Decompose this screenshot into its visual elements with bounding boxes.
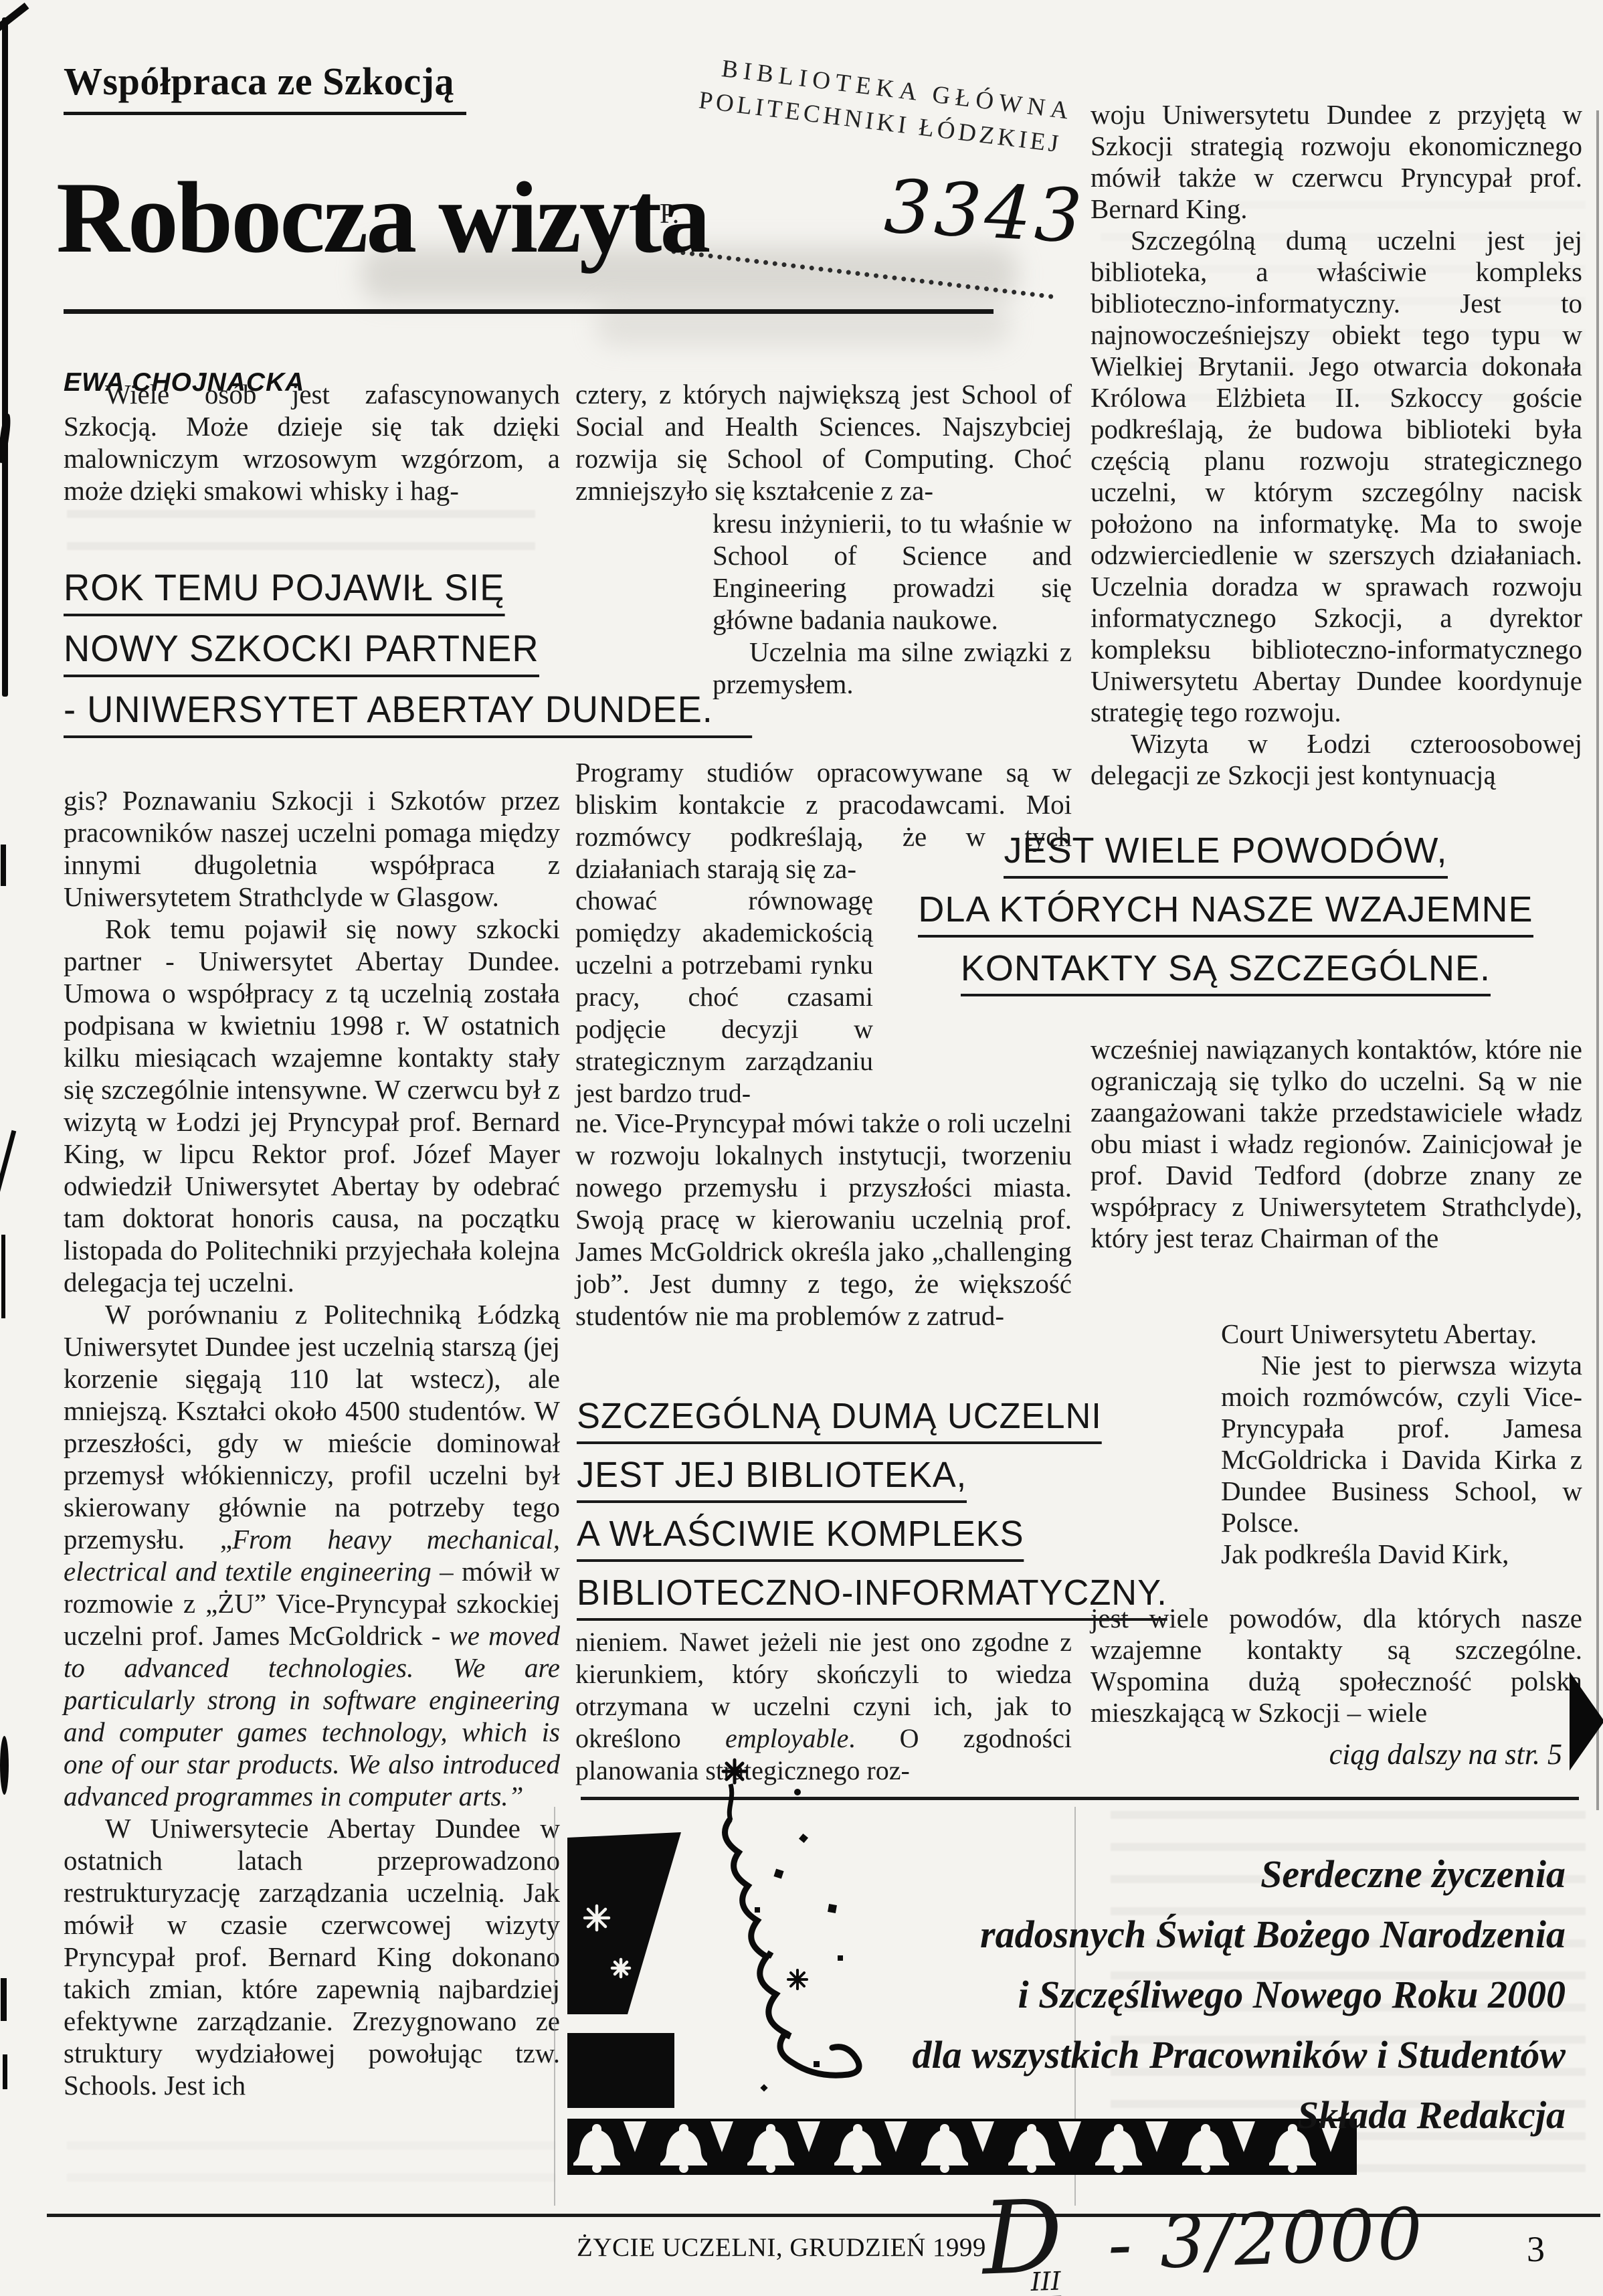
pull-quote-line: DLA KTÓRYCH NASZE WZAJEMNE: [918, 889, 1533, 938]
paragraph: kresu inżynierii, to tu właśnie w School…: [713, 507, 1072, 636]
tree-slab-shape: [567, 1832, 681, 2014]
bleed-through-texture: [67, 2141, 555, 2202]
paragraph: W Uniwersytecie Abertay Dundee w ostatni…: [64, 1812, 560, 2101]
article-kicker: Współpraca ze Szkocją: [64, 59, 466, 115]
right-column-block: wcześniej nawiązanych kontaktów, które n…: [1091, 1034, 1582, 1254]
handwritten-accession-number: 3343: [882, 163, 1087, 260]
pull-quote-line: BIBLIOTECZNO-INFORMATYCZNY.: [577, 1572, 1167, 1621]
handwritten-catalogue-mark: DIII- 3/2000: [980, 2166, 1426, 2296]
handwritten-subscript: III: [1030, 2266, 1062, 2296]
pull-quote-line: - UNIWERSYTET ABERTAY DUNDEE.: [64, 687, 752, 738]
scan-edge-artifact: [2, 17, 8, 697]
pull-quote-new-partner: ROK TEMU POJAWIŁ SIĘ NOWY SZKOCKI PARTNE…: [64, 565, 773, 748]
pull-quote-contacts: JEST WIELE POWODÓW, DLA KTÓRYCH NASZE WZ…: [858, 830, 1594, 1006]
paragraph: Wiele osób jest zafascynowanych Szkocją.…: [64, 378, 560, 507]
paragraph: woju Uniwersytetu Dundee z przyjętą w Sz…: [1091, 99, 1582, 225]
paragraph: W porównaniu z Politechniką Łódzką Uniwe…: [64, 1298, 560, 1812]
paragraph: wcześniej nawiązanych kontaktów, które n…: [1091, 1034, 1582, 1254]
pull-quote-line: ROK TEMU POJAWIŁ SIĘ: [64, 565, 504, 616]
paragraph: Wizyta w Łodzi czteroosobowej delegacji …: [1091, 728, 1582, 791]
paragraph: Nie jest to pierwsza wizyta moich rozmów…: [1221, 1350, 1582, 1538]
continuation-arrow-icon: [1570, 1672, 1603, 1771]
wishes-line: Serdeczne życzenia: [706, 1844, 1566, 1905]
paragraph: ne. Vice-Pryncypał mówi także o roli ucz…: [575, 1107, 1072, 1332]
right-column-wrapped: Court Uniwersytetu Abertay. Nie jest to …: [1221, 1318, 1582, 1570]
scan-edge-artifact: [1, 845, 6, 886]
left-column-top: Wiele osób jest zafascynowanych Szkocją.…: [64, 378, 560, 507]
scan-edge-artifact: [0, 1130, 16, 1194]
pull-quote-line: SZCZEGÓLNĄ DUMĄ UCZELNI: [577, 1395, 1102, 1444]
wishes-line: dla wszystkich Pracowników i Studentów: [706, 2025, 1566, 2085]
middle-column-top: cztery, z których największą jest School…: [575, 378, 1072, 507]
tree-slab-base: [567, 2033, 674, 2108]
pull-quote-line: JEST JEJ BIBLIOTEKA,: [577, 1454, 967, 1503]
paragraph: Rok temu pojawił się nowy szkocki partne…: [64, 913, 560, 1298]
paragraph: Uczelnia ma silne związki z przemysłem.: [713, 636, 1072, 700]
scan-edge-artifact: [1, 1235, 5, 1318]
paragraph: gis? Poznawaniu Szkocji i Szkotów przez …: [64, 784, 560, 913]
tree-sprig: [729, 1784, 731, 1820]
scan-edge-artifact: [1596, 110, 1599, 1810]
tree-top-star-icon: [723, 1760, 746, 1783]
pull-quote-line: NOWY SZKOCKI PARTNER: [64, 626, 539, 677]
pull-quote-line: A WŁAŚCIWIE KOMPLEKS: [577, 1513, 1024, 1562]
paragraph: Jak podkreśla David Kirk,: [1221, 1538, 1582, 1570]
middle-column-narrow: chować równowagę pomiędzy akademickością…: [575, 885, 873, 1110]
page-number: 3: [1527, 2228, 1545, 2270]
paragraph: jest wiele powodów, dla których nasze wz…: [1091, 1603, 1582, 1729]
pull-quote-library: SZCZEGÓLNĄ DUMĄ UCZELNI JEST JEJ BIBLIOT…: [577, 1395, 1186, 1631]
article-title: Robocza wizyta: [56, 159, 709, 276]
column-separator: [554, 1807, 555, 2206]
scan-edge-artifact: [1, 1978, 7, 2021]
title-rule: [64, 309, 994, 314]
wishes-line: i Szczęśliwego Nowego Roku 2000: [706, 1965, 1566, 2025]
paragraph: Court Uniwersytetu Abertay.: [1221, 1318, 1582, 1350]
middle-column-wrapped: kresu inżynierii, to tu właśnie w School…: [713, 507, 1072, 700]
paragraph: Szczególną dumą uczelni jest jej bibliot…: [1091, 225, 1582, 728]
pull-quote-line: KONTAKTY SĄ SZCZEGÓLNE.: [961, 948, 1491, 996]
paragraph: cztery, z których największą jest School…: [575, 378, 1072, 507]
wishes-line: radosnych Świąt Bożego Narodzenia: [706, 1905, 1566, 1965]
scanned-newspaper-page: BIBLIOTEKA GŁÓWNA POLITECHNIKI ŁÓDZKIEJ …: [0, 0, 1603, 2296]
pull-quote-line: JEST WIELE POWODÓW,: [1004, 830, 1447, 879]
wishes-line: Składa Redakcja: [706, 2085, 1566, 2145]
handwritten-number: - 3/2000: [1107, 2192, 1426, 2285]
paragraph: chować równowagę pomiędzy akademickością…: [575, 885, 873, 1110]
journal-name-and-date: ŻYCIE UCZELNI, GRUDZIEŃ 1999: [577, 2232, 986, 2263]
left-column-body: gis? Poznawaniu Szkocji i Szkotów przez …: [64, 784, 560, 2101]
right-column-top: woju Uniwersytetu Dundee z przyjętą w Sz…: [1091, 99, 1582, 791]
library-stamp: BIBLIOTEKA GŁÓWNA POLITECHNIKI ŁÓDZKIEJ: [667, 48, 1076, 160]
bleed-through-texture: [67, 510, 535, 557]
right-column-bottom: jest wiele powodów, dla których nasze wz…: [1091, 1603, 1582, 1729]
middle-column-block: ne. Vice-Pryncypał mówi także o roli ucz…: [575, 1107, 1072, 1332]
scan-edge-artifact: [0, 1736, 9, 1795]
christmas-wishes: Serdeczne życzenia radosnych Świąt Bożeg…: [706, 1844, 1566, 2145]
scan-edge-artifact: [3, 2054, 7, 2089]
